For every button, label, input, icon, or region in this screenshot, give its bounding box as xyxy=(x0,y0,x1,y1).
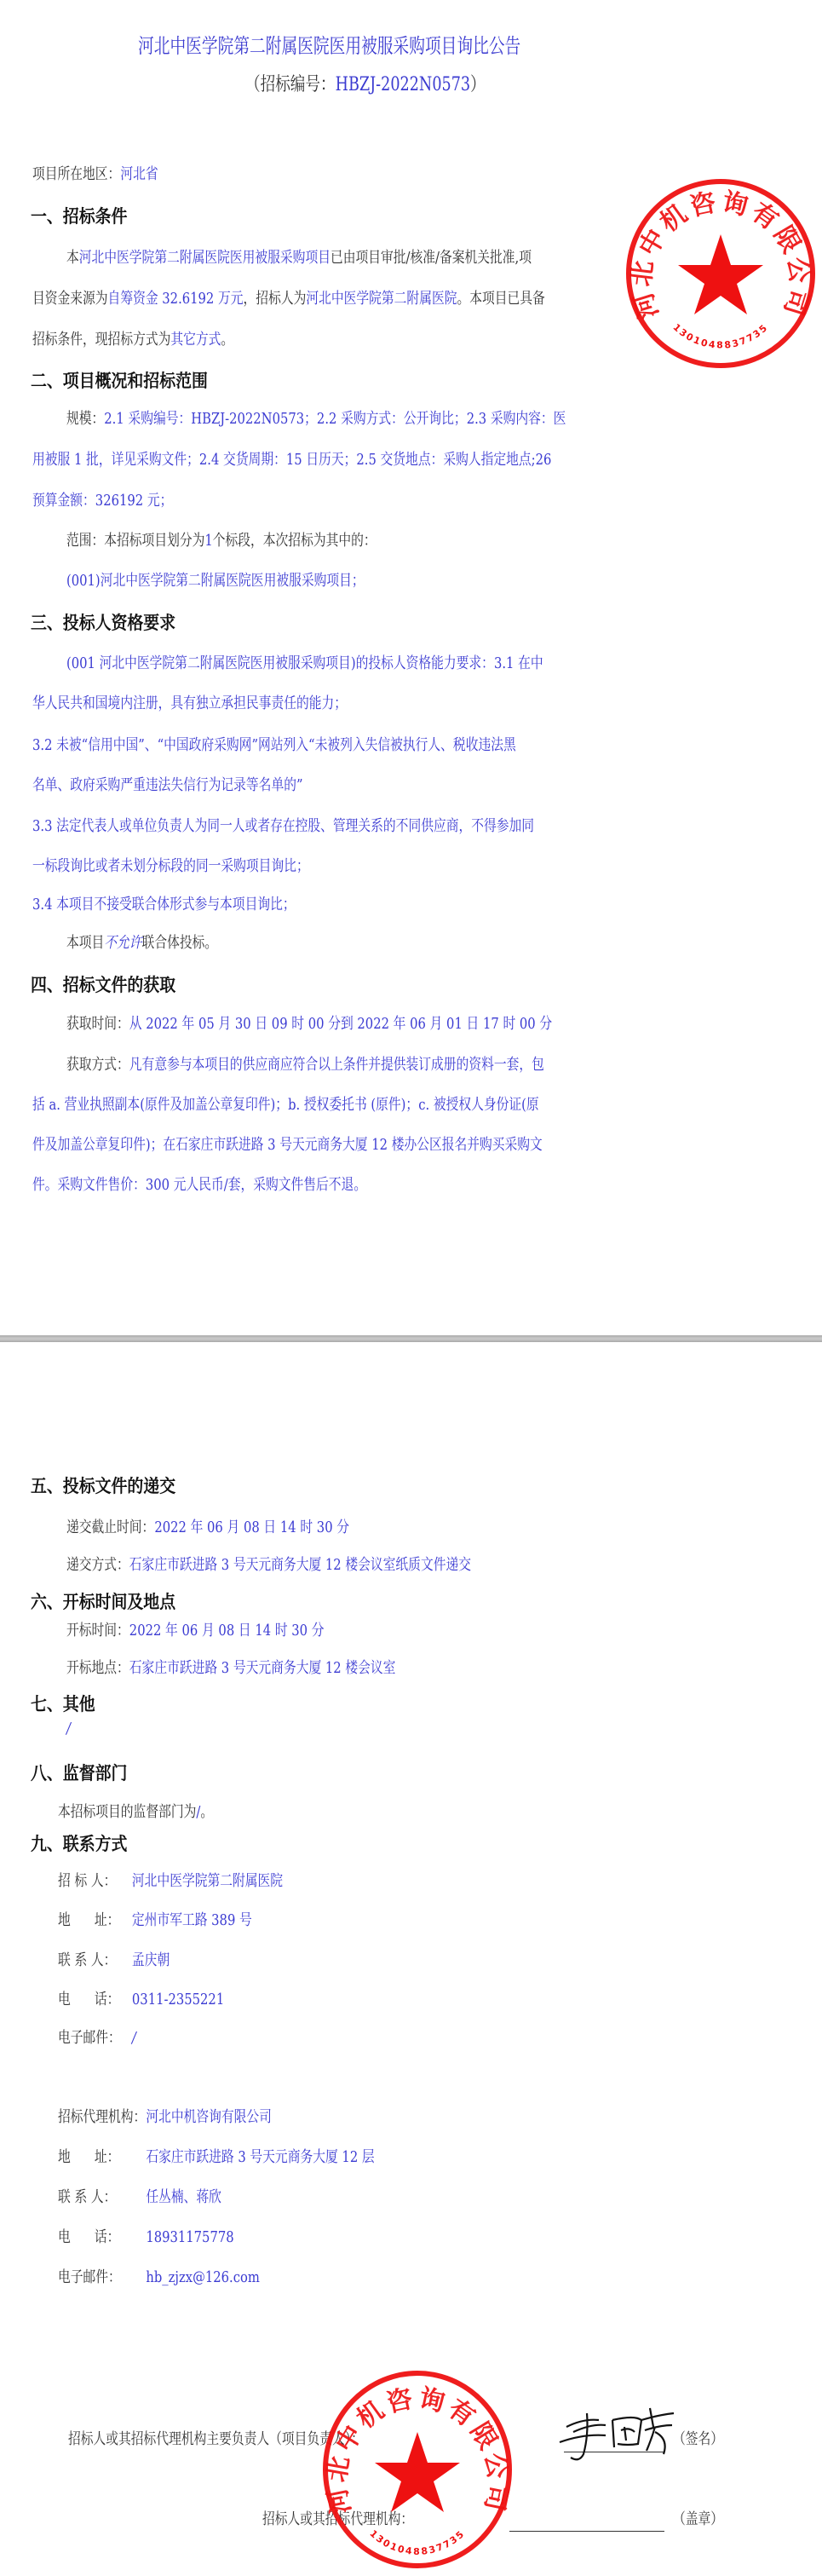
obtain-time-value: 从 2022 年 05 月 30 日 09 时 00 分到 2022 年 06 … xyxy=(129,1015,552,1033)
text: 本项目 xyxy=(66,934,104,952)
contact-value: 定州市军工路 389 号 xyxy=(132,1911,252,1929)
deadline-label: 递交截止时间： xyxy=(66,1519,154,1536)
section1-line-1: 本河北中医学院第二附属医院医用被服采购项目已由项目审批/核准/备案机关批准,项 xyxy=(66,245,532,268)
contact-label: 电 话： xyxy=(58,1987,132,2009)
obtain-method-line-4: 件。采购文件售价：300 元人民币/套，采购文件售后不退。 xyxy=(32,1173,366,1195)
star-icon xyxy=(375,2432,460,2512)
text: 联合体投标。 xyxy=(142,934,218,952)
agency-phone-line: 电 话：18931175778 xyxy=(58,2225,234,2247)
tender-code: （招标编号：HBZJ-2022N0573） xyxy=(245,70,486,96)
tenderer-name: 河北中医学院第二附属医院 xyxy=(306,290,457,308)
consortium-line: 本项目不允许联合体投标。 xyxy=(66,931,217,953)
tenderer-name-line: 招 标 人：河北中医学院第二附属医院 xyxy=(58,1869,283,1891)
region-label: 项目所在地区： xyxy=(32,165,120,183)
obtain-method-line-2: 括 a. 营业执照副本(原件及加盖公章复印件)；b. 授权委托书 (原件)；c.… xyxy=(32,1092,539,1115)
scale-line-3: 预算金额：326192 元； xyxy=(32,488,172,510)
submit-method-label: 递交方式： xyxy=(66,1556,129,1574)
tenderer-email-line: 电子邮件：/ xyxy=(58,2026,136,2048)
consortium-value: 不允许 xyxy=(104,934,141,952)
supervision-line: 本招标项目的监督部门为/。 xyxy=(58,1800,213,1822)
qual-line-3: 3.2 未被“信用中国”、“中国政府采购网”网站列入“未被列入失信被执行人、税收… xyxy=(32,733,516,755)
other-value: / xyxy=(66,1720,71,1738)
text: 范围：本招标项目划分为 xyxy=(66,532,204,550)
signature-label: 招标人或其招标代理机构主要负责人（项目负责人）： xyxy=(68,2427,364,2449)
contact-label: 联 系 人： xyxy=(58,1948,132,1970)
section1-line-2: 目资金来源为自筹资金 32.6192 万元，招标人为河北中医学院第二附属医院。本… xyxy=(32,286,545,308)
section-heading-7: 七、其他 xyxy=(31,1691,95,1716)
text: 目资金来源为 xyxy=(32,290,108,308)
text: 个标段，本次招标为其中的： xyxy=(213,532,377,550)
section-heading-9: 九、联系方式 xyxy=(31,1830,127,1856)
contact-label: 地 址： xyxy=(58,2145,146,2167)
submit-method-value: 石家庄市跃进路 3 号天元商务大厦 12 楼会议室纸质文件递交 xyxy=(129,1556,471,1574)
company-seal-stamp: 河北中机咨询有限公司 1301048837735 xyxy=(622,175,819,372)
tender-code-close: ） xyxy=(470,74,486,95)
contact-value: / xyxy=(132,2029,136,2047)
opening-time-line: 开标时间：2022 年 06 月 08 日 14 时 30 分 xyxy=(66,1618,325,1640)
section-heading-1: 一、招标条件 xyxy=(31,203,127,228)
opening-time-value: 2022 年 06 月 08 日 14 时 30 分 xyxy=(129,1622,325,1640)
svg-text:1301048837735: 1301048837735 xyxy=(671,321,771,350)
agency-email-line: 电子邮件：hb_zjzx@126.com xyxy=(58,2265,260,2287)
scale-line-2: 用被服 1 批，详见采购文件；2.4 交货周期：15 日历天；2.5 交货地点：… xyxy=(32,447,551,470)
qual-line-5: 3.3 法定代表人或单位负责人为同一人或者存在控股、管理关系的不同供应商，不得参… xyxy=(32,814,534,836)
seal-line xyxy=(509,2531,664,2532)
text: 本 xyxy=(66,249,79,267)
opening-time-label: 开标时间： xyxy=(66,1622,129,1640)
contact-value: 河北中医学院第二附属医院 xyxy=(132,1872,283,1890)
contact-label: 招标代理机构： xyxy=(58,2108,146,2126)
page-title: 河北中医学院第二附属医院医用被服采购项目询比公告 xyxy=(138,29,520,59)
obtain-method-line-3: 件及加盖公章复印件)；在石家庄市跃进路 3 号天元商务大厦 12 楼办公区报名并… xyxy=(32,1132,543,1155)
tenderer-address-line: 地 址：定州市军工路 389 号 xyxy=(58,1908,252,1930)
text: 本招标项目的监督部门为 xyxy=(58,1803,196,1821)
project-region: 项目所在地区：河北省 xyxy=(32,162,158,184)
section-heading-3: 三、投标人资格要求 xyxy=(31,609,175,635)
contact-value: 任丛楠、蒋欣 xyxy=(146,2188,221,2206)
lot-line: (001)河北中医学院第二附属医院医用被服采购项目； xyxy=(66,568,365,591)
text: 。 xyxy=(200,1803,213,1821)
submit-deadline-line: 递交截止时间：2022 年 06 月 08 日 14 时 30 分 xyxy=(66,1515,349,1537)
obtain-method-label: 获取方式： xyxy=(66,1056,129,1074)
contact-value: 石家庄市跃进路 3 号天元商务大厦 12 层 xyxy=(146,2148,374,2166)
seal-note: （盖章） xyxy=(673,2507,723,2529)
star-icon xyxy=(678,234,763,314)
agency-address-line: 地 址：石家庄市跃进路 3 号天元商务大厦 12 层 xyxy=(58,2145,375,2167)
opening-place-line: 开标地点：石家庄市跃进路 3 号天元商务大厦 12 楼会议室 xyxy=(66,1656,395,1678)
page-divider xyxy=(0,1335,822,1342)
contact-label: 电 话： xyxy=(58,2225,146,2247)
region-value: 河北省 xyxy=(120,165,158,183)
opening-place-value: 石家庄市跃进路 3 号天元商务大厦 12 楼会议室 xyxy=(129,1659,396,1677)
text: 招标条件，现招标方式为 xyxy=(32,331,170,349)
tender-method: 其它方式 xyxy=(170,331,221,349)
scale-line-1: 规模：2.1 采购编号：HBZJ-2022N0573；2.2 采购方式：公开询比… xyxy=(66,406,566,429)
contact-label: 招 标 人： xyxy=(58,1869,132,1891)
company-seal-stamp: 河北中机咨询有限公司 1301048837735 xyxy=(320,2369,514,2570)
submit-method-line: 递交方式：石家庄市跃进路 3 号天元商务大厦 12 楼会议室纸质文件递交 xyxy=(66,1553,471,1575)
scale-text: 2.1 采购编号：HBZJ-2022N0573；2.2 采购方式：公开询比；2.… xyxy=(104,410,566,428)
tenderer-phone-line: 电 话：0311-2355221 xyxy=(58,1987,224,2009)
contact-value: 河北中机咨询有限公司 xyxy=(146,2108,272,2126)
scale-label: 规模： xyxy=(66,410,104,428)
opening-place-label: 开标地点： xyxy=(66,1659,129,1677)
stamp-serial: 1301048837735 xyxy=(367,2528,467,2557)
obtain-time-line: 获取时间：从 2022 年 05 月 30 日 09 时 00 分到 2022 … xyxy=(66,1011,552,1034)
obtain-method-text: 凡有意参与本项目的供应商应符合以上条件并提供装订成册的资料一套，包 xyxy=(129,1056,544,1074)
text: ，招标人为 xyxy=(244,290,307,308)
handwritten-signature xyxy=(549,2401,677,2469)
contact-email-link[interactable]: hb_zjzx@126.com xyxy=(146,2268,260,2286)
text: 已由项目审批/核准/备案机关批准,项 xyxy=(331,249,532,267)
section-heading-5: 五、投标文件的递交 xyxy=(31,1472,175,1498)
lot-count: 1 xyxy=(204,532,212,550)
project-name: 河北中医学院第二附属医院医用被服采购项目 xyxy=(79,249,331,267)
range-line: 范围：本招标项目划分为1个标段，本次招标为其中的： xyxy=(66,528,377,550)
section-heading-2: 二、项目概况和招标范围 xyxy=(31,367,208,393)
qual-line-6: 一标段询比或者未划分标段的同一采购项目询比； xyxy=(32,854,309,876)
contact-label: 地 址： xyxy=(58,1908,132,1930)
tenderer-contact-line: 联 系 人：孟庆朝 xyxy=(58,1948,170,1970)
qual-line-2: 华人民共和国境内注册，具有独立承担民事责任的能力； xyxy=(32,691,347,713)
contact-label: 电子邮件： xyxy=(58,2265,146,2287)
text: 。 xyxy=(221,331,233,349)
deadline-value: 2022 年 06 月 08 日 14 时 30 分 xyxy=(154,1519,349,1536)
agency-name-line: 招标代理机构：河北中机咨询有限公司 xyxy=(58,2105,272,2127)
tender-code-label: （招标编号： xyxy=(245,74,336,95)
signature-note: （签名） xyxy=(673,2427,723,2449)
svg-text:1301048837735: 1301048837735 xyxy=(367,2528,467,2557)
stamp-serial: 1301048837735 xyxy=(671,321,771,350)
contact-value: 孟庆朝 xyxy=(132,1951,170,1969)
contact-value: 18931175778 xyxy=(146,2228,233,2246)
obtain-time-label: 获取时间： xyxy=(66,1015,129,1033)
section-heading-8: 八、监督部门 xyxy=(31,1760,127,1785)
section-heading-6: 六、开标时间及地点 xyxy=(31,1588,175,1614)
section1-line-3: 招标条件，现招标方式为其它方式。 xyxy=(32,327,233,349)
contact-value: 0311-2355221 xyxy=(132,1991,224,2008)
qual-line-1: (001 河北中医学院第二附属医院医用被服采购项目)的投标人资格能力要求：3.1… xyxy=(66,651,543,673)
qual-line-7: 3.4 本项目不接受联合体形式参与本项目询比； xyxy=(32,892,296,914)
contact-label: 电子邮件： xyxy=(58,2026,132,2048)
agency-contact-line: 联 系 人：任丛楠、蒋欣 xyxy=(58,2185,221,2207)
contact-label: 联 系 人： xyxy=(58,2185,146,2207)
fund-source: 自筹资金 32.6192 万元 xyxy=(108,290,244,308)
section-heading-4: 四、招标文件的获取 xyxy=(31,971,175,997)
obtain-method-line-1: 获取方式：凡有意参与本项目的供应商应符合以上条件并提供装订成册的资料一套，包 xyxy=(66,1052,544,1075)
tender-code-value: HBZJ-2022N0573 xyxy=(336,74,471,95)
qual-line-4: 名单、政府采购严重违法失信行为记录等名单的” xyxy=(32,773,303,795)
text: 。本项目已具备 xyxy=(457,290,544,308)
